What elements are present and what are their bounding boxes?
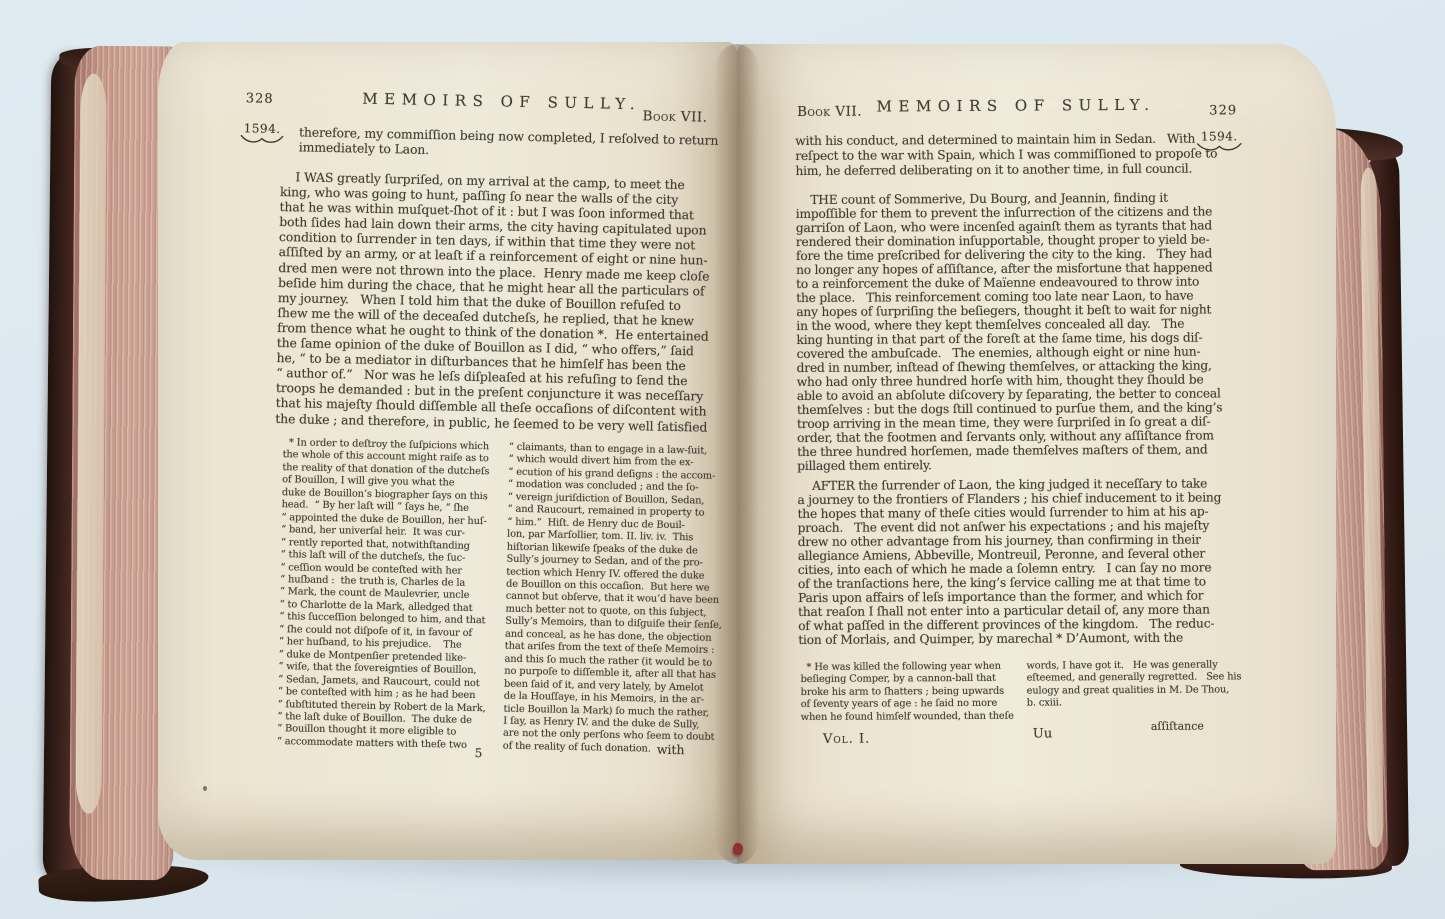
right-paragraph-1: with his conduct, and determined to main… [795,132,1191,180]
right-page-header: Book VII. MEMOIRS OF SULLY. 329 [795,93,1237,122]
margin-year-right-text: 1594. [1201,129,1238,143]
intro-paragraph: therefore, my commiſſion being now compl… [299,124,719,163]
text-line: him, he deferred deliberating on it to a… [795,162,1191,180]
text-line: eulogy and great qualities in M. De Thou… [1027,684,1241,698]
catchword-left: with [657,742,685,758]
text-line: pillaged them entirely. [797,456,1223,473]
text-line: b. cxiii. [1027,697,1241,711]
text-line: eſteemed, and generally regretted. See h… [1027,672,1241,686]
left-footnote-col2: “ claimants, than to engage in a law-ſui… [503,442,723,758]
page-number-right: 329 [1209,103,1237,118]
left-footnote: * In order to deſtroy the ſuſpicions whi… [277,437,723,757]
right-page-content: Book VII. MEMOIRS OF SULLY. 329 1594. wi… [795,93,1237,122]
gutter-shadow [714,44,760,864]
margin-year-left: 1594. [239,121,285,145]
running-title-right: MEMOIRS OF SULLY. [795,95,1237,116]
right-paragraph-2: THE count of Sommerive, Du Bourg, and Je… [796,190,1223,473]
text-line: beſieging Comper, by a cannon-ball that [801,673,1015,687]
left-page-header: 328 MEMOIRS OF SULLY. Book VII. [281,88,721,123]
signature-mark-right: Uu [1033,726,1052,741]
left-page: 328 MEMOIRS OF SULLY. Book VII. 1594. th… [158,42,738,860]
volume-label: Vol. I. [823,732,870,747]
right-footnote-col1: * He was killed the following year whenb… [800,661,1014,725]
right-paragraph-3: AFTER the ſurrender of Laon, the king ju… [797,476,1222,647]
photo-background: 328 MEMOIRS OF SULLY. Book VII. 1594. th… [0,0,1445,919]
signature-mark-left: 5 [475,746,483,760]
left-page-content: 328 MEMOIRS OF SULLY. Book VII. 1594. th… [281,88,721,123]
page-number-left: 328 [246,91,274,107]
catchword-right: aſſiſtance [1151,720,1204,733]
margin-year-left-text: 1594. [244,121,281,136]
left-footnote-col1: * In order to deſtroy the ſuſpicions whi… [277,437,497,753]
right-page: Book VII. MEMOIRS OF SULLY. 329 1594. wi… [736,44,1336,864]
text-line: when he found himſelf wounded, than theſ… [801,710,1015,724]
left-main-paragraph: I WAS greatly ſurpriſed, on my arrival a… [275,169,712,434]
right-footnote: * He was killed the following year whenb… [800,659,1240,724]
text-line: tion of Morlais, and Quimper, by marecha… [798,630,1222,647]
text-line: the three hundred horſemen, made themſel… [797,442,1223,459]
book-label-left: Book VII. [642,108,707,125]
right-footnote-col2: words, I have got it. He was generallyeſ… [1026,659,1240,723]
text-line: of ſeventy years of age : he ſaid no mor… [801,698,1015,712]
photo-speck [203,786,207,791]
